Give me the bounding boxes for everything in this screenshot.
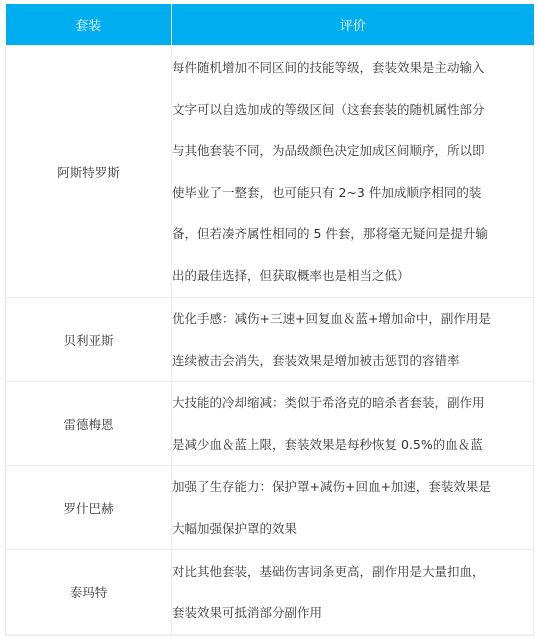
- review-line: 是减少血＆蓝上限，套装效果是每秒恢复 0.5%的血＆蓝: [172, 424, 533, 466]
- table-row: 贝利亚斯 优化手感：减伤+三速+回复血＆蓝+增加命中，副作用是 连续被击会消失，…: [6, 298, 534, 382]
- set-review: 大技能的冷却缩减：类似于希洛克的暗杀者套装，副作用 是减少血＆蓝上限，套装效果是…: [172, 382, 534, 466]
- table-row: 雷德梅恩 大技能的冷却缩减：类似于希洛克的暗杀者套装，副作用 是减少血＆蓝上限，…: [6, 382, 534, 466]
- set-review: 加强了生存能力：保护罩+减伤+回血+加速，套装效果是 大幅加强保护罩的效果: [172, 466, 534, 550]
- review-line: 大技能的冷却缩减：类似于希洛克的暗杀者套装，副作用: [172, 382, 533, 424]
- set-name: 贝利亚斯: [6, 298, 172, 382]
- column-header-review: 评价: [172, 4, 534, 46]
- review-line: 每件随机增加不同区间的技能等级，套装效果是主动输入: [172, 47, 533, 89]
- review-line: 备，但若凑齐属性相同的 5 件套，那将毫无疑问是提升输: [172, 213, 533, 255]
- table-row: 罗什巴赫 加强了生存能力：保护罩+减伤+回血+加速，套装效果是 大幅加强保护罩的…: [6, 466, 534, 550]
- column-header-set: 套装: [6, 4, 172, 46]
- review-line: 出的最佳选择，但获取概率也是相当之低）: [172, 255, 533, 297]
- review-line: 使毕业了一整套，也可能只有 2~3 件加成顺序相同的装: [172, 172, 533, 214]
- set-review: 优化手感：减伤+三速+回复血＆蓝+增加命中，副作用是 连续被击会消失，套装效果是…: [172, 298, 534, 382]
- equipment-set-table: 套装 评价 阿斯特罗斯 每件随机增加不同区间的技能等级，套装效果是主动输入 文字…: [5, 4, 534, 635]
- review-line: 加强了生存能力：保护罩+减伤+回血+加速，套装效果是: [172, 466, 533, 508]
- review-line: 大幅加强保护罩的效果: [172, 508, 533, 550]
- review-line: 套装效果可抵消部分副作用: [172, 592, 533, 634]
- set-name: 阿斯特罗斯: [6, 46, 172, 298]
- review-line: 优化手感：减伤+三速+回复血＆蓝+增加命中，副作用是: [172, 298, 533, 340]
- review-line: 对比其他套装，基础伤害词条更高，副作用是大量扣血，: [172, 551, 533, 593]
- set-name: 雷德梅恩: [6, 382, 172, 466]
- table-row: 阿斯特罗斯 每件随机增加不同区间的技能等级，套装效果是主动输入 文字可以自选加成…: [6, 46, 534, 298]
- review-line: 连续被击会消失，套装效果是增加被击惩罚的容错率: [172, 340, 533, 382]
- table-header-row: 套装 评价: [6, 4, 534, 46]
- table-row: 泰玛特 对比其他套装，基础伤害词条更高，副作用是大量扣血， 套装效果可抵消部分副…: [6, 550, 534, 635]
- review-line: 与其他套装不同，为品级颜色决定加成区间顺序，所以即: [172, 130, 533, 172]
- set-name: 罗什巴赫: [6, 466, 172, 550]
- set-name: 泰玛特: [6, 550, 172, 635]
- review-line: 文字可以自选加成的等级区间（这套套装的随机属性部分: [172, 89, 533, 131]
- set-review: 每件随机增加不同区间的技能等级，套装效果是主动输入 文字可以自选加成的等级区间（…: [172, 46, 534, 298]
- set-review: 对比其他套装，基础伤害词条更高，副作用是大量扣血， 套装效果可抵消部分副作用: [172, 550, 534, 635]
